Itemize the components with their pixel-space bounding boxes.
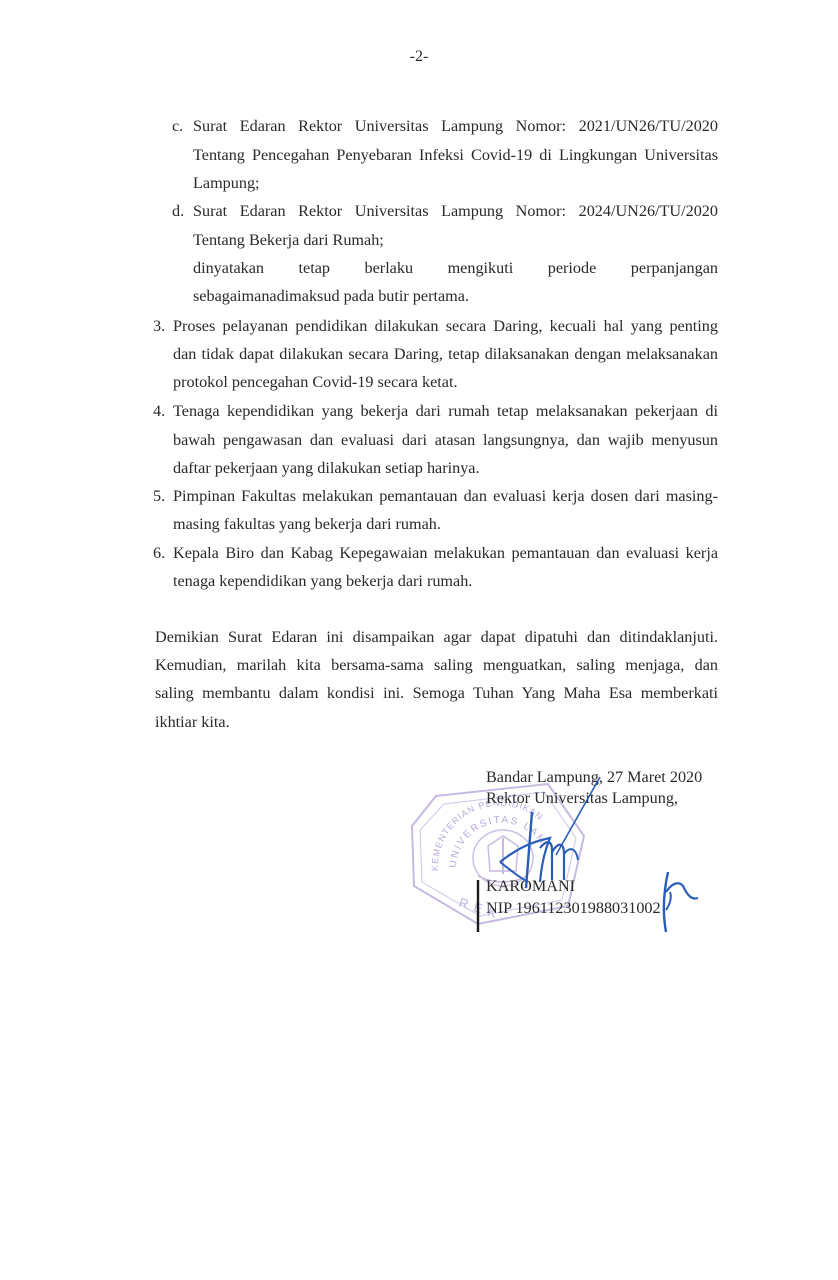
paragraph-line: saling membantu dalam kondisi ini. Semog… bbox=[155, 683, 718, 703]
list-item-text: Pimpinan Fakultas melakukan pemantauan d… bbox=[173, 486, 718, 506]
list-marker: d. bbox=[172, 201, 184, 221]
list-item-text: Tenaga kependidikan yang bekerja dari ru… bbox=[173, 401, 718, 421]
list-item-text: daftar pekerjaan yang dilakukan setiap h… bbox=[173, 458, 480, 478]
list-item-text: Proses pelayanan pendidikan dilakukan se… bbox=[173, 316, 718, 336]
list-item-text: bawah pengawasan dan evaluasi dari atasa… bbox=[173, 430, 718, 450]
paragraph-line: Demikian Surat Edaran ini disampaikan ag… bbox=[155, 627, 718, 647]
handwritten-signature bbox=[470, 770, 730, 950]
list-marker: 3. bbox=[153, 316, 165, 336]
list-item-text: Surat Edaran Rektor Universitas Lampung … bbox=[193, 201, 718, 221]
list-item-text: dan tidak dapat dilakukan secara Daring,… bbox=[173, 344, 718, 364]
page-number: -2- bbox=[0, 48, 838, 66]
list-item-text: masing fakultas yang bekerja dari rumah. bbox=[173, 514, 441, 534]
list-item-text: Tentang Pencegahan Penyebaran Infeksi Co… bbox=[193, 145, 718, 165]
list-item-text: Lampung; bbox=[193, 173, 260, 193]
paragraph-line: Kemudian, marilah kita bersama-sama sali… bbox=[155, 655, 718, 675]
paragraph-line: ikhtiar kita. bbox=[155, 712, 230, 732]
list-item-text: Surat Edaran Rektor Universitas Lampung … bbox=[193, 116, 718, 136]
list-marker: 5. bbox=[153, 486, 165, 506]
list-marker: 4. bbox=[153, 401, 165, 421]
paragraph-line: dinyatakan tetap berlaku mengikuti perio… bbox=[193, 258, 718, 278]
list-item-text: Tentang Bekerja dari Rumah; bbox=[193, 230, 384, 250]
list-item-text: Kepala Biro dan Kabag Kepegawaian melaku… bbox=[173, 543, 718, 563]
list-marker: 6. bbox=[153, 543, 165, 563]
list-marker: c. bbox=[172, 116, 183, 136]
paragraph-line: sebagaimanadimaksud pada butir pertama. bbox=[193, 286, 469, 306]
list-item-text: tenaga kependidikan yang bekerja dari ru… bbox=[173, 571, 472, 591]
list-item-text: protokol pencegahan Covid-19 secara keta… bbox=[173, 372, 458, 392]
